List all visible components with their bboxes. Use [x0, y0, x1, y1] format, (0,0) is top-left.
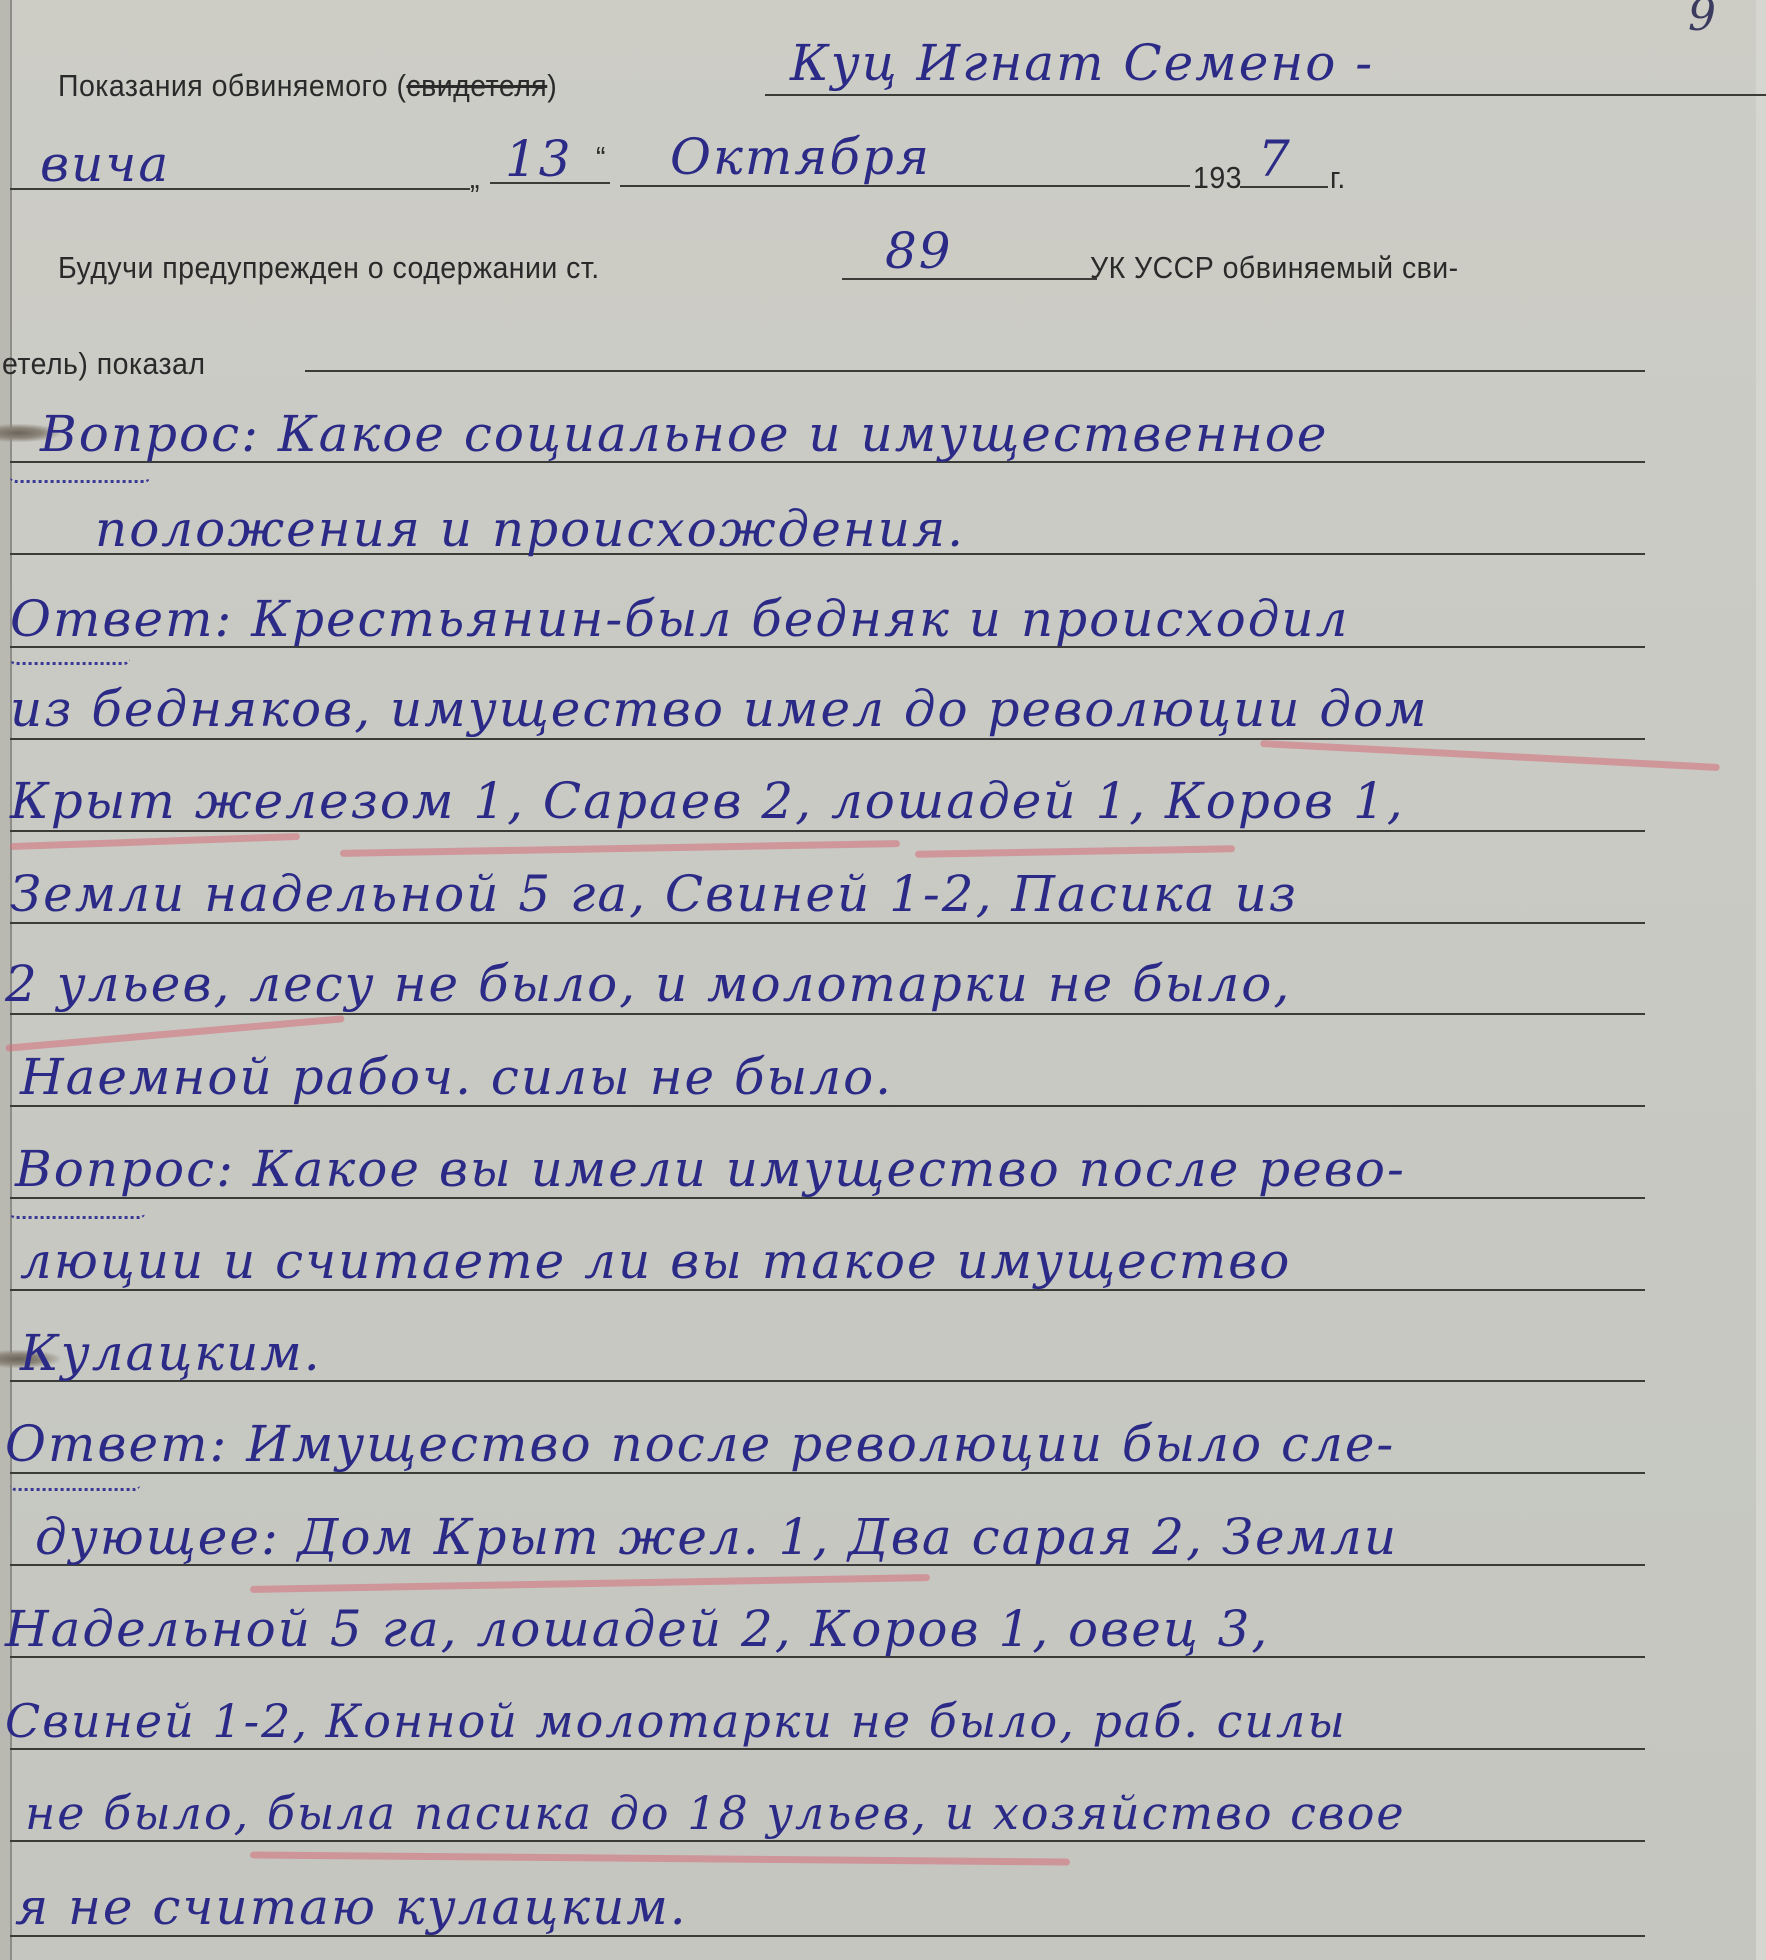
red-pencil-mark: [915, 845, 1235, 858]
date-quote-open: „: [470, 160, 480, 196]
testimony-label: Показания обвиняемого (свидетеля): [58, 68, 557, 104]
line-rule: [10, 830, 1645, 832]
body-line: из бедняков, имущество имел до революции…: [10, 680, 1429, 738]
article-rule: [842, 278, 1097, 280]
red-pencil-mark: [250, 1851, 1070, 1865]
answer-underline: [10, 1478, 140, 1491]
date-quote-close: “: [596, 140, 606, 176]
question-underline: [10, 1206, 145, 1219]
body-line: дующее: Дом Крыт жел. 1, Два сарая 2, Зе…: [35, 1508, 1398, 1566]
testified-rule: [305, 370, 1645, 372]
body-line: я не считаю кулацким.: [15, 1878, 688, 1936]
body-line: Вопрос: Какое вы имели имущество после р…: [15, 1140, 1406, 1198]
question-underline: [10, 470, 150, 483]
body-line: Земли надельной 5 га, Свиней 1-2, Пасика…: [10, 865, 1298, 923]
year-suffix: г.: [1330, 160, 1346, 196]
interrogation-protocol-page: 9 Показания обвиняемого (свидетеля) Куц …: [0, 0, 1766, 1960]
year-prefix: 193: [1193, 160, 1242, 196]
red-pencil-mark: [10, 833, 300, 850]
answer-underline: [10, 652, 130, 665]
accused-name-line2: вича: [40, 135, 170, 193]
witness-struck-text: свидетеля: [406, 68, 547, 103]
page-edge: [1756, 0, 1766, 1960]
red-pencil-mark: [250, 1574, 930, 1593]
warned-label: Будучи предупрежден о содержании ст.: [58, 250, 600, 286]
testimony-label-text: Показания обвиняемого (: [58, 68, 406, 103]
body-line: люции и считаете ли вы такое имущество: [20, 1232, 1291, 1290]
year-digit: 7: [1258, 130, 1292, 188]
body-line: Крыт железом 1, Сараев 2, лошадей 1, Кор…: [10, 772, 1405, 830]
date-month: Октября: [670, 128, 931, 186]
body-line: не было, была пасика до 18 ульев, и хозя…: [25, 1786, 1406, 1840]
line-rule: [10, 738, 1645, 740]
line-rule: [10, 1748, 1645, 1750]
red-pencil-mark: [1260, 740, 1720, 771]
body-line: Ответ: Имущество после революции было сл…: [5, 1415, 1395, 1473]
body-line: Кулацким.: [20, 1324, 322, 1382]
body-line: Ответ: Крестьянин-был бедняк и происходи…: [10, 590, 1349, 648]
paren-close: ): [547, 68, 557, 103]
red-pencil-mark: [340, 840, 900, 857]
body-line: Свиней 1-2, Конной молотарки не было, ра…: [5, 1694, 1347, 1748]
article-number: 89: [885, 222, 953, 280]
name-rule: [765, 94, 1766, 96]
testified-label: етель) показал: [2, 346, 205, 382]
red-pencil-mark: [5, 1015, 344, 1052]
body-line: Вопрос: Какое социальное и имущественное: [40, 405, 1329, 463]
corner-page-mark: 9: [1688, 0, 1716, 41]
body-line: положения и происхождения.: [95, 500, 965, 558]
code-label: УК УССР обвиняемый сви-: [1090, 250, 1459, 286]
line-rule: [10, 1013, 1645, 1015]
body-line: Надельной 5 га, лошадей 2, Коров 1, овец…: [5, 1600, 1269, 1658]
body-line: 2 ульев, лесу не было, и молотарки не бы…: [5, 955, 1291, 1013]
date-day: 13: [505, 130, 573, 188]
line-rule: [10, 1840, 1645, 1842]
body-line: Наемной рабоч. силы не было.: [20, 1048, 893, 1106]
accused-name-line1: Куц Игнат Семено -: [790, 34, 1374, 92]
